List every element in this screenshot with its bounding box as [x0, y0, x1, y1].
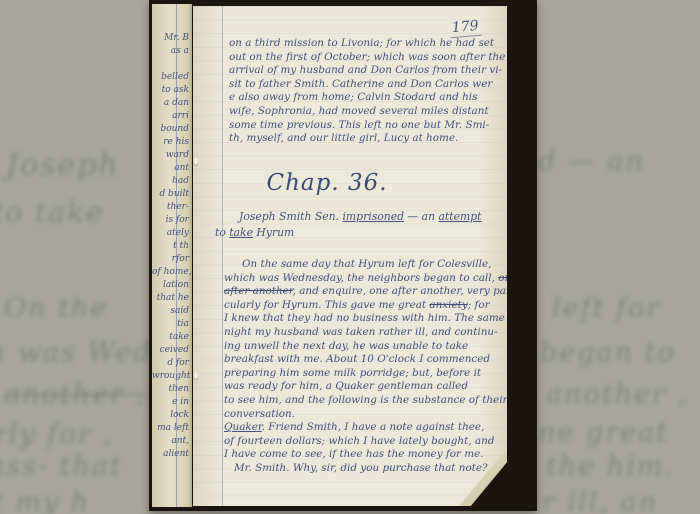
manuscript-line: I knew that they had no business with hi… — [224, 312, 504, 326]
manuscript-page: 179 on a third mission to Livonia; for w… — [193, 6, 507, 506]
binding-hole — [194, 372, 198, 379]
manuscript-line: cularly for Hyrum. This gave me great an… — [224, 299, 504, 313]
margin-rule-line — [222, 6, 223, 506]
manuscript-line: some time previous. This left no one but… — [229, 119, 503, 133]
book-cover: Mr. Bas abelledto aska danarriboundre hi… — [149, 0, 537, 511]
manuscript-line: preparing him some milk porridge; but, b… — [224, 367, 504, 381]
background-ghost-text: t my h — [0, 487, 90, 514]
previous-page-edge: Mr. Bas abelledto aska danarriboundre hi… — [152, 4, 192, 507]
previous-page-fragment: wrought — [152, 370, 189, 383]
background-ghost-text: rly for , — [0, 419, 114, 450]
manuscript-line: I have come to see, if thee has the mone… — [224, 448, 504, 462]
previous-page-fragment: ward — [152, 149, 189, 162]
previous-page-fragment: d for — [152, 357, 189, 370]
manuscript-line: of fourteen dollars; which I have lately… — [224, 435, 504, 449]
manuscript-line: on a third mission to Livonia; for which… — [229, 37, 503, 51]
manuscript-line: Quaker. Friend Smith, I have a note agai… — [224, 421, 504, 435]
chapter-subtitle-line: Joseph Smith Sen. imprisoned — an attemp… — [215, 209, 503, 225]
manuscript-line: ing unwell the next day, he was unable t… — [224, 340, 504, 354]
previous-page-fragment: re his — [152, 136, 189, 149]
previous-page-fragment: that he — [152, 292, 189, 305]
manuscript-line: night my husband was taken rather ill, a… — [224, 326, 504, 340]
previous-page-fragment: ant — [152, 162, 189, 175]
previous-page-fragment: alient — [152, 448, 189, 461]
manuscript-line: was ready for him, a Quaker gentleman ca… — [224, 380, 504, 394]
manuscript-line: to see him, and the following is the sub… — [224, 394, 504, 408]
chapter-subtitle: Joseph Smith Sen. imprisoned — an attemp… — [215, 209, 503, 240]
previous-page-fragment: to ask — [152, 84, 189, 97]
previous-page-fragment: as a — [152, 45, 189, 58]
chapter-heading: Chap. 36. — [193, 170, 461, 196]
previous-page-fragment — [152, 58, 189, 71]
background-ghost-text: began to — [540, 337, 676, 368]
background-ghost-text: Joseph — [6, 148, 120, 183]
manuscript-line: after another, and enquire, one after an… — [224, 285, 504, 299]
previous-page-fragment: ant, — [152, 435, 189, 448]
previous-page-fragment: is for — [152, 214, 189, 227]
paragraph-1: on a third mission to Livonia; for which… — [229, 37, 503, 146]
background-ghost-text: r ill, an — [542, 487, 658, 514]
previous-page-fragment: Mr. B — [152, 32, 189, 45]
background-ghost-text: d — an — [538, 146, 645, 177]
previous-page-fragment: a dan — [152, 97, 189, 110]
previous-page-fragment: ther- — [152, 201, 189, 214]
manuscript-line: th, myself, and our little girl, Lucy at… — [229, 132, 503, 146]
previous-page-fragment: arri — [152, 110, 189, 123]
previous-page-fragment: ceived — [152, 344, 189, 357]
scanned-manuscript-photo: Josephto takeOn theh was Wedanother ,rly… — [0, 0, 700, 514]
previous-page-fragment: lock — [152, 409, 189, 422]
previous-page-fragment: take — [152, 331, 189, 344]
previous-page-fragments: Mr. Bas abelledto aska danarriboundre hi… — [152, 32, 189, 461]
manuscript-line: breakfast with me. About 10 O'clock I co… — [224, 353, 504, 367]
background-ghost-text: another , — [546, 379, 688, 410]
manuscript-line: out on the first of October; which was s… — [229, 51, 503, 65]
binding-hole — [194, 158, 198, 165]
previous-page-fragment: said — [152, 305, 189, 318]
previous-page-fragment: had — [152, 175, 189, 188]
previous-page-fragment: d built — [152, 188, 189, 201]
background-ghost-text: On the — [4, 293, 108, 324]
chapter-subtitle-line: to take Hyrum — [215, 225, 503, 241]
background-ghost-text: left for — [552, 293, 661, 324]
manuscript-line: which was Wednesday, the neighbors began… — [224, 272, 504, 286]
previous-page-fragment: t th — [152, 240, 189, 253]
background-ghost-text: h was Wed — [0, 337, 152, 368]
previous-page-fragment: belled — [152, 71, 189, 84]
manuscript-line: sit to father Smith. Catherine and Don C… — [229, 78, 503, 92]
background-ghost-text: to take — [0, 196, 105, 229]
previous-page-fragment: tia — [152, 318, 189, 331]
background-ghost-text: ass- that — [0, 451, 123, 482]
previous-page-fragment: lation — [152, 279, 189, 292]
previous-page-fragment: e in — [152, 396, 189, 409]
manuscript-line: conversation. — [224, 408, 504, 422]
previous-page-fragment: ma left — [152, 422, 189, 435]
paragraph-2: On the same day that Hyrum left for Cole… — [224, 258, 504, 476]
manuscript-line: wife, Sophronia, had moved several miles… — [229, 105, 503, 119]
manuscript-line: On the same day that Hyrum left for Cole… — [224, 258, 504, 272]
background-ghost-text: the him. — [546, 451, 675, 482]
previous-page-fragment: ately — [152, 227, 189, 240]
previous-page-fragment: then — [152, 383, 189, 396]
manuscript-line: e also away from home; Calvin Stodard an… — [229, 91, 503, 105]
previous-page-fragment: of home, — [152, 266, 189, 279]
background-ghost-text: ne great — [538, 417, 669, 448]
previous-page-fragment: rfor — [152, 253, 189, 266]
background-ghost-text: another , — [4, 379, 146, 410]
page-number: 179 — [450, 18, 482, 39]
manuscript-line: Mr. Smith. Why, sir, did you purchase th… — [224, 462, 504, 476]
previous-page-fragment: bound — [152, 123, 189, 136]
manuscript-line: arrival of my husband and Don Carlos fro… — [229, 64, 503, 78]
